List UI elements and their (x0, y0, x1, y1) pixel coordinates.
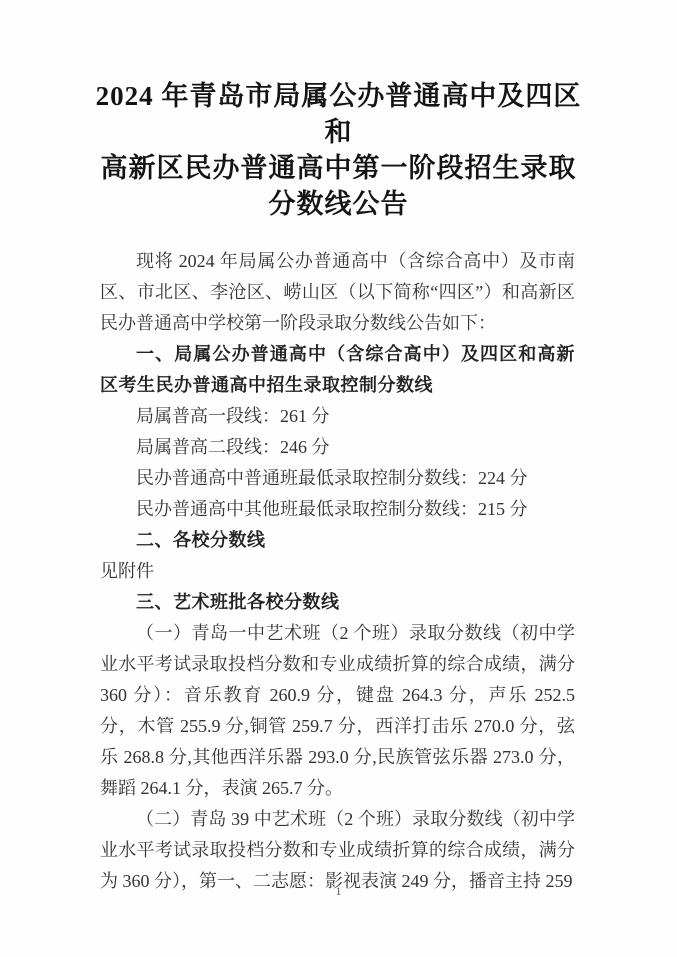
intro-paragraph: 现将 2024 年局属公办普通高中（含综合高中）及市南区、市北区、李沧区、崂山区… (100, 246, 575, 339)
section-3-heading: 三、艺术班批各校分数线 (100, 587, 575, 618)
doc-title-line-1: 2024 年青岛市局属公办普通高中及四区和 (90, 78, 587, 150)
score-line-tier2: 局属普高二段线：246 分 (100, 432, 575, 463)
score-line-tier1: 局属普高一段线：261 分 (100, 401, 575, 432)
section-1-heading: 一、局属公办普通高中（含综合高中）及四区和高新区考生民办普通高中招生录取控制分数… (100, 339, 575, 401)
document-page: 2024 年青岛市局属公办普通高中及四区和 高新区民办普通高中第一阶段招生录取 … (0, 0, 677, 957)
section-2-note: 见附件 (100, 556, 575, 587)
section-3-paragraph-1: （一）青岛一中艺术班（2 个班）录取分数线（初中学业水平考试录取投档分数和专业成… (100, 618, 575, 804)
doc-title-line-2: 高新区民办普通高中第一阶段招生录取 (90, 150, 587, 186)
score-line-private-regular: 民办普通高中普通班最低录取控制分数线：224 分 (100, 463, 575, 494)
doc-title-line-3: 分数线公告 (90, 186, 587, 222)
score-line-private-other: 民办普通高中其他班最低录取控制分数线：215 分 (100, 494, 575, 525)
doc-title: 2024 年青岛市局属公办普通高中及四区和 高新区民办普通高中第一阶段招生录取 … (90, 78, 587, 222)
doc-body: 现将 2024 年局属公办普通高中（含综合高中）及市南区、市北区、李沧区、崂山区… (100, 246, 575, 897)
page-number: 1 (0, 884, 677, 899)
section-2-heading: 二、各校分数线 (100, 525, 575, 556)
